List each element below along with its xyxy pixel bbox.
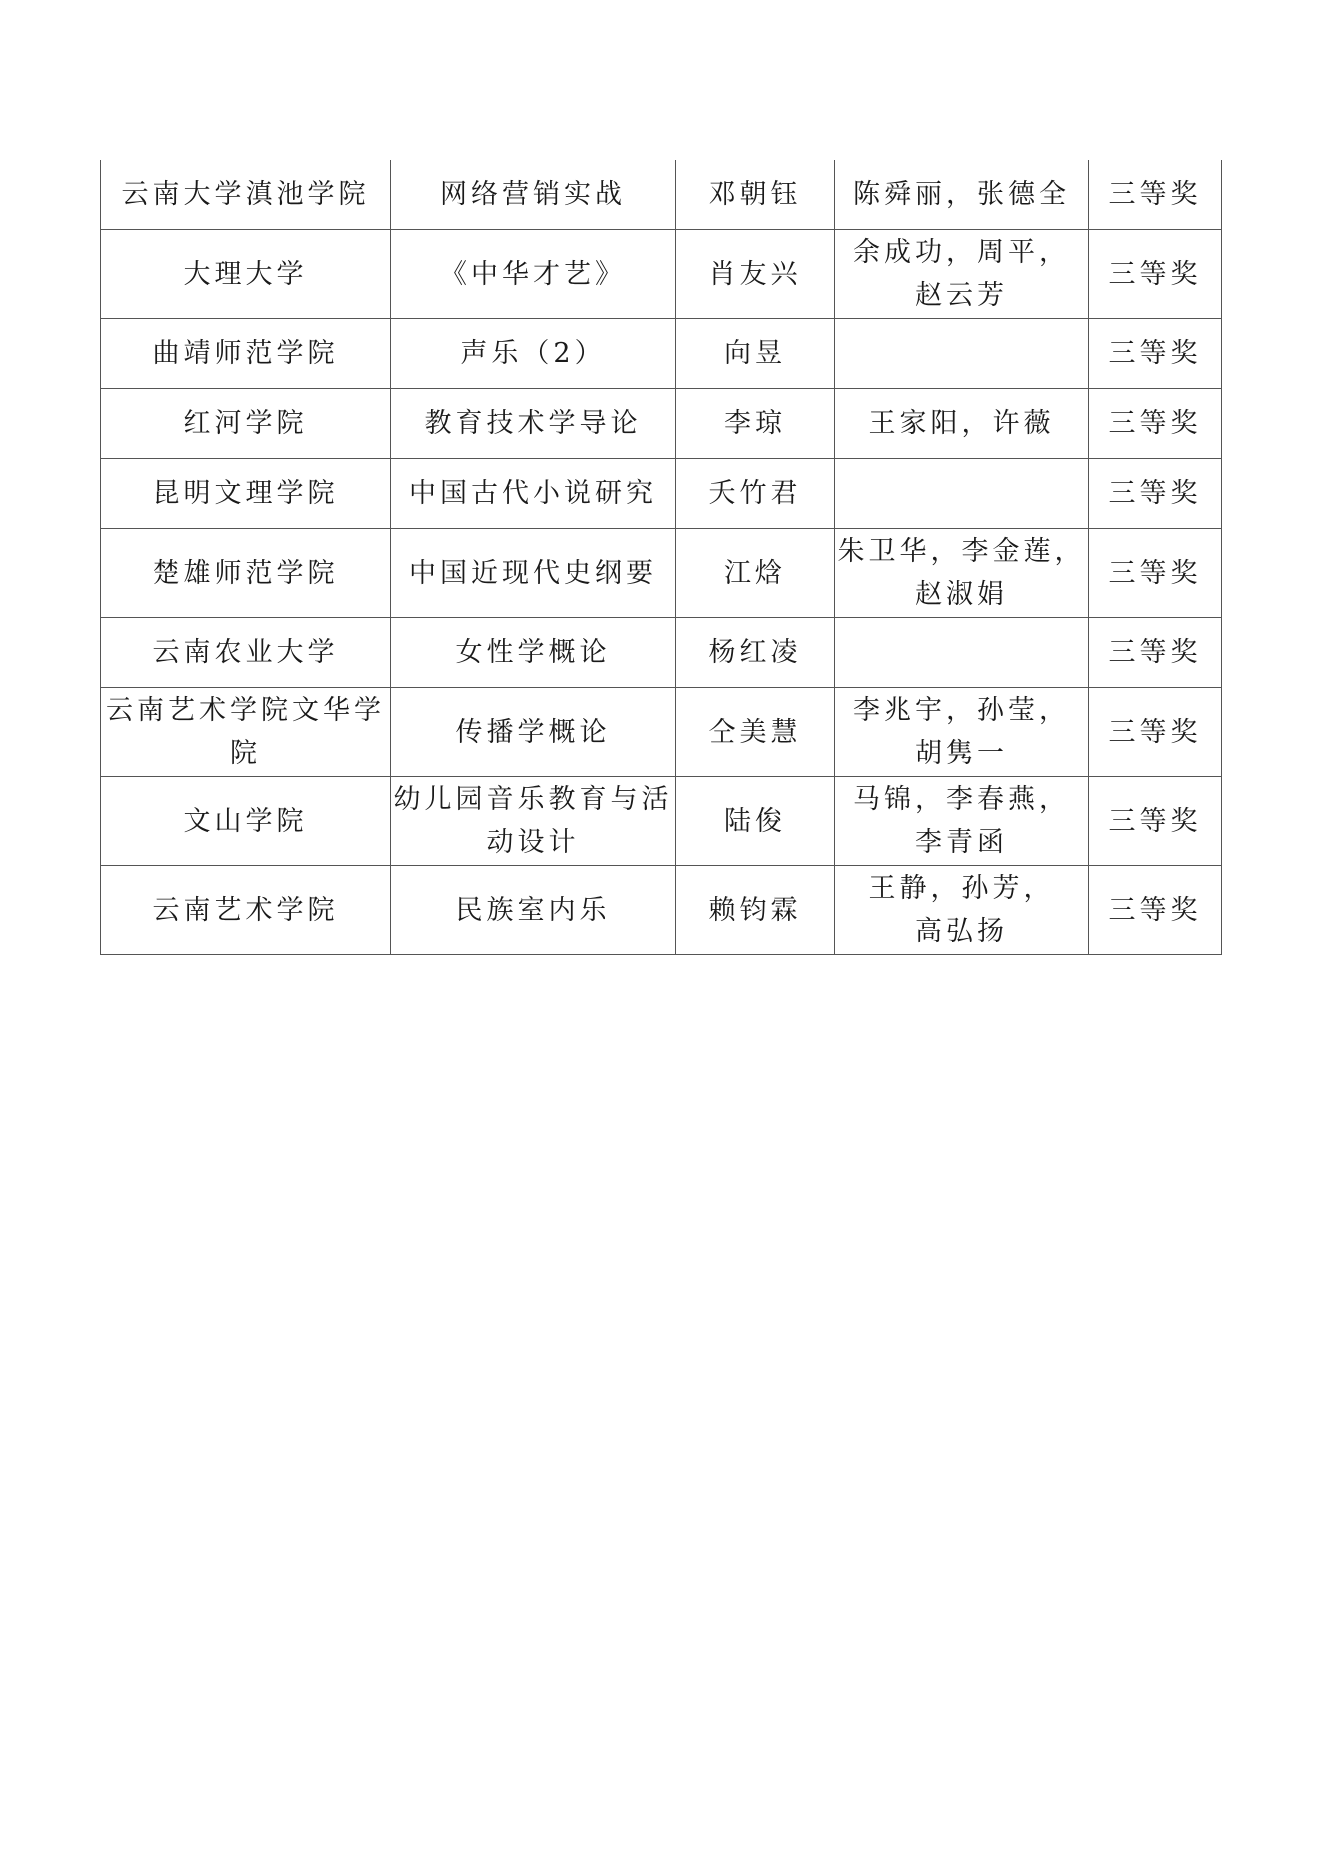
award-cell: 三等奖 <box>1089 866 1222 955</box>
award-cell: 三等奖 <box>1089 688 1222 777</box>
course-cell: 《中华才艺》 <box>391 230 676 319</box>
team-cell <box>835 319 1089 389</box>
table-row: 云南大学滇池学院 网络营销实战 邓朝钰 陈舜丽，张德全 三等奖 <box>101 160 1222 230</box>
table-row: 云南艺术学院 民族室内乐 赖钧霖 王静，孙芳， 高弘扬 三等奖 <box>101 866 1222 955</box>
table-row: 云南农业大学 女性学概论 杨红凌 三等奖 <box>101 618 1222 688</box>
team-line: 王家阳，许薇 <box>837 402 1086 445</box>
team-line: 王静，孙芳， <box>837 867 1086 910</box>
course-cell: 女性学概论 <box>391 618 676 688</box>
course-cell: 中国古代小说研究 <box>391 459 676 529</box>
document-page: 云南大学滇池学院 网络营销实战 邓朝钰 陈舜丽，张德全 三等奖 大理大学 《中华… <box>0 0 1323 1871</box>
school-cell: 云南艺术学院 <box>101 866 391 955</box>
team-cell: 陈舜丽，张德全 <box>835 160 1089 230</box>
school-cell: 曲靖师范学院 <box>101 319 391 389</box>
team-cell: 李兆宇，孙莹， 胡隽一 <box>835 688 1089 777</box>
award-cell: 三等奖 <box>1089 777 1222 866</box>
team-line: 高弘扬 <box>837 910 1086 953</box>
team-line: 陈舜丽，张德全 <box>837 173 1086 216</box>
lead-cell: 陆俊 <box>676 777 835 866</box>
team-line: 马锦，李春燕， <box>837 778 1086 821</box>
school-cell: 昆明文理学院 <box>101 459 391 529</box>
course-cell: 教育技术学导论 <box>391 389 676 459</box>
team-cell: 余成功，周平， 赵云芳 <box>835 230 1089 319</box>
lead-cell: 仝美慧 <box>676 688 835 777</box>
table-row: 文山学院 幼儿园音乐教育与活动设计 陆俊 马锦，李春燕， 李青函 三等奖 <box>101 777 1222 866</box>
lead-cell: 赖钧霖 <box>676 866 835 955</box>
team-cell: 王静，孙芳， 高弘扬 <box>835 866 1089 955</box>
award-cell: 三等奖 <box>1089 230 1222 319</box>
award-cell: 三等奖 <box>1089 389 1222 459</box>
course-cell: 传播学概论 <box>391 688 676 777</box>
school-cell: 红河学院 <box>101 389 391 459</box>
team-line: 胡隽一 <box>837 732 1086 775</box>
team-cell <box>835 618 1089 688</box>
lead-cell: 杨红凌 <box>676 618 835 688</box>
course-cell: 网络营销实战 <box>391 160 676 230</box>
table-row: 红河学院 教育技术学导论 李琼 王家阳，许薇 三等奖 <box>101 389 1222 459</box>
course-cell: 民族室内乐 <box>391 866 676 955</box>
course-cell: 幼儿园音乐教育与活动设计 <box>391 777 676 866</box>
school-cell: 云南艺术学院文华学院 <box>101 688 391 777</box>
lead-cell: 夭竹君 <box>676 459 835 529</box>
school-cell: 云南农业大学 <box>101 618 391 688</box>
lead-cell: 向昱 <box>676 319 835 389</box>
team-line: 赵淑娟 <box>837 573 1086 616</box>
lead-cell: 江焓 <box>676 529 835 618</box>
table-row: 曲靖师范学院 声乐（2） 向昱 三等奖 <box>101 319 1222 389</box>
lead-cell: 肖友兴 <box>676 230 835 319</box>
award-cell: 三等奖 <box>1089 459 1222 529</box>
school-cell: 文山学院 <box>101 777 391 866</box>
table-row: 大理大学 《中华才艺》 肖友兴 余成功，周平， 赵云芳 三等奖 <box>101 230 1222 319</box>
team-line: 李兆宇，孙莹， <box>837 689 1086 732</box>
award-cell: 三等奖 <box>1089 319 1222 389</box>
award-table: 云南大学滇池学院 网络营销实战 邓朝钰 陈舜丽，张德全 三等奖 大理大学 《中华… <box>100 160 1222 955</box>
award-cell: 三等奖 <box>1089 160 1222 230</box>
team-cell: 马锦，李春燕， 李青函 <box>835 777 1089 866</box>
course-cell: 中国近现代史纲要 <box>391 529 676 618</box>
team-line: 余成功，周平， <box>837 231 1086 274</box>
school-cell: 云南大学滇池学院 <box>101 160 391 230</box>
team-line: 赵云芳 <box>837 274 1086 317</box>
lead-cell: 李琼 <box>676 389 835 459</box>
table-row: 楚雄师范学院 中国近现代史纲要 江焓 朱卫华，李金莲， 赵淑娟 三等奖 <box>101 529 1222 618</box>
lead-cell: 邓朝钰 <box>676 160 835 230</box>
course-cell: 声乐（2） <box>391 319 676 389</box>
team-cell <box>835 459 1089 529</box>
team-cell: 朱卫华，李金莲， 赵淑娟 <box>835 529 1089 618</box>
award-cell: 三等奖 <box>1089 618 1222 688</box>
team-line: 李青函 <box>837 821 1086 864</box>
team-line: 朱卫华，李金莲， <box>837 530 1086 573</box>
table-row: 云南艺术学院文华学院 传播学概论 仝美慧 李兆宇，孙莹， 胡隽一 三等奖 <box>101 688 1222 777</box>
school-cell: 大理大学 <box>101 230 391 319</box>
table-row: 昆明文理学院 中国古代小说研究 夭竹君 三等奖 <box>101 459 1222 529</box>
award-cell: 三等奖 <box>1089 529 1222 618</box>
school-cell: 楚雄师范学院 <box>101 529 391 618</box>
team-cell: 王家阳，许薇 <box>835 389 1089 459</box>
